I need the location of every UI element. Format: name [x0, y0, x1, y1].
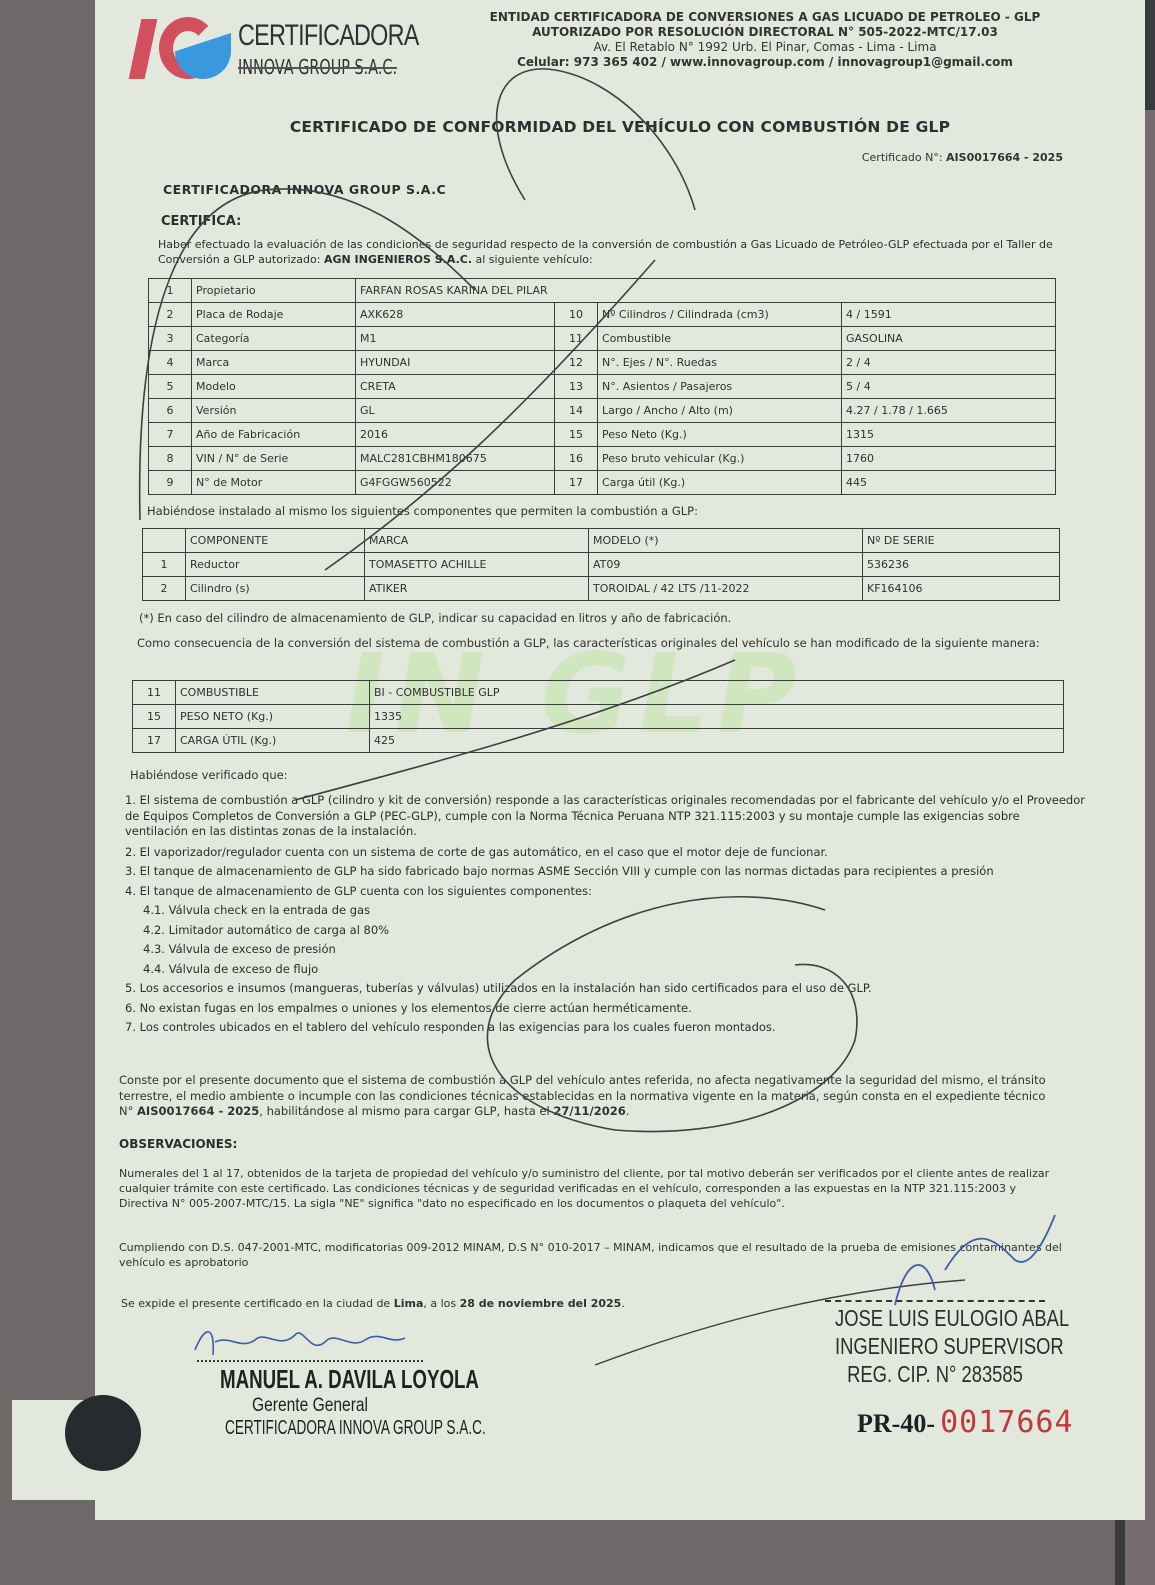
modified-table: 11COMBUSTIBLEBI - COMBUSTIBLE GLP15PESO … — [132, 680, 1064, 753]
field-value: CRETA — [356, 375, 555, 399]
cell-label: CARGA ÚTIL (Kg.) — [176, 729, 370, 753]
cell-n: 11 — [133, 681, 176, 705]
field-value: MALC281CBHM180675 — [356, 447, 555, 471]
field-label: Nº Cilindros / Cilindrada (cm3) — [598, 303, 842, 327]
entity-line: Av. El Retablo N° 1992 Urb. El Pinar, Co… — [465, 40, 1065, 55]
row-number: 10 — [555, 303, 598, 327]
conste-text-end: . — [626, 1104, 630, 1118]
row-number: 17 — [555, 471, 598, 495]
verified-item: 3. El tanque de almacenamiento de GLP ha… — [125, 862, 1085, 882]
issued-statement: Se expide el presente certificado en la … — [121, 1296, 625, 1312]
logo-name-line1: CERTIFICADORA — [238, 19, 419, 53]
field-value: 4.27 / 1.78 / 1.665 — [842, 399, 1056, 423]
verified-list: 1. El sistema de combustión a GLP (cilin… — [125, 793, 1085, 1038]
certifica-heading: CERTIFICA: — [161, 214, 241, 229]
serial-number: 0017664 — [940, 1405, 1073, 1440]
table-row: 15PESO NETO (Kg.)1335 — [133, 705, 1064, 729]
manager-name: MANUEL A. DAVILA LOYOLA — [220, 1364, 400, 1395]
row-number: 4 — [149, 351, 192, 375]
table-row: 1 Propietario FARFAN ROSAS KARINA DEL PI… — [149, 279, 1056, 303]
row-number: 14 — [555, 399, 598, 423]
supervisor-reg: REG. CIP. N° 283585 — [835, 1360, 1035, 1388]
punch-hole — [65, 1395, 141, 1471]
supervisor-role: INGENIERO SUPERVISOR — [835, 1332, 1035, 1360]
signature-block-manager: MANUEL A. DAVILA LOYOLA Gerente General … — [185, 1320, 435, 1440]
verified-item: 4. El tanque de almacenamiento de GLP cu… — [125, 882, 1085, 902]
field-label: Versión — [192, 399, 356, 423]
cell-value: 425 — [370, 729, 1064, 753]
intro-paragraph: Haber efectuado la evaluación de las con… — [158, 237, 1058, 267]
supervisor-name: JOSE LUIS EULOGIO ABAL — [835, 1304, 1035, 1332]
row-number: 1 — [149, 279, 192, 303]
entity-line: Celular: 973 365 402 / www.innovagroup.c… — [465, 55, 1065, 70]
org-name: CERTIFICADORA INNOVA GROUP S.A.C — [163, 182, 446, 197]
cell-value: BI - COMBUSTIBLE GLP — [370, 681, 1064, 705]
modified-intro: Como consecuencia de la conversión del s… — [137, 636, 1057, 652]
signature-block-supervisor: JOSE LUIS EULOGIO ABAL INGENIERO SUPERVI… — [810, 1300, 1060, 1388]
conste-text-middle: , habilitándose al mismo para cargar GLP… — [259, 1104, 553, 1118]
certificate-document: IN GLP CERTIFICADORA INNOVA GROUP S.A.C.… — [95, 0, 1145, 1520]
row-number: 13 — [555, 375, 598, 399]
tank-component: 4.3. Válvula de exceso de presión — [125, 940, 1085, 960]
issued-text-middle: , a los — [423, 1297, 459, 1310]
issued-text-end: . — [621, 1297, 625, 1310]
field-value: 4 / 1591 — [842, 303, 1056, 327]
issued-city: Lima — [394, 1297, 424, 1310]
field-label: Año de Fabricación — [192, 423, 356, 447]
tank-component: 4.4. Válvula de exceso de flujo — [125, 960, 1085, 980]
cell-n: 2 — [143, 577, 186, 601]
table-row: 3CategoríaM111CombustibleGASOLINA — [149, 327, 1056, 351]
row-number: 11 — [555, 327, 598, 351]
cell-n: 17 — [133, 729, 176, 753]
components-note: (*) En caso del cilindro de almacenamien… — [139, 611, 731, 627]
field-label: Carga útil (Kg.) — [598, 471, 842, 495]
signature-line — [825, 1300, 1045, 1302]
table-row: 1ReductorTOMASETTO ACHILLEAT09536236 — [143, 553, 1060, 577]
handwritten-signature — [185, 1320, 435, 1360]
row-number: 3 — [149, 327, 192, 351]
row-number: 8 — [149, 447, 192, 471]
ink-strokes-overlay — [95, 0, 1145, 1520]
row-number: 5 — [149, 375, 192, 399]
field-label: Peso bruto vehicular (Kg.) — [598, 447, 842, 471]
entity-info: ENTIDAD CERTIFICADORA DE CONVERSIONES A … — [465, 10, 1065, 70]
intro-text: Haber efectuado la evaluación de las con… — [158, 238, 1053, 266]
components-intro: Habiéndose instalado al mismo los siguie… — [147, 504, 698, 520]
field-value: 1315 — [842, 423, 1056, 447]
row-number: 15 — [555, 423, 598, 447]
cell-componente: Cilindro (s) — [186, 577, 365, 601]
signature-line — [197, 1360, 423, 1362]
field-value: 2 / 4 — [842, 351, 1056, 375]
logo-i-mark — [129, 19, 158, 79]
cell-value: 1335 — [370, 705, 1064, 729]
field-label: Categoría — [192, 327, 356, 351]
column-header — [143, 529, 186, 553]
observaciones-paragraph: Numerales del 1 al 17, obtenidos de la t… — [119, 1166, 1064, 1211]
row-number: 7 — [149, 423, 192, 447]
logo-name-line2: INNOVA GROUP S.A.C. — [238, 55, 397, 79]
tank-component: 4.2. Limitador automático de carga al 80… — [125, 921, 1085, 941]
column-header: MODELO (*) — [589, 529, 863, 553]
row-number: 6 — [149, 399, 192, 423]
expediente-number: AIS0017664 - 2025 — [137, 1104, 259, 1118]
vehicle-table: 1 Propietario FARFAN ROSAS KARINA DEL PI… — [148, 278, 1056, 495]
table-row: 17CARGA ÚTIL (Kg.)425 — [133, 729, 1064, 753]
row-number: 12 — [555, 351, 598, 375]
cell-serie: KF164106 — [863, 577, 1060, 601]
cell-label: COMBUSTIBLE — [176, 681, 370, 705]
cell-marca: TOMASETTO ACHILLE — [365, 553, 589, 577]
row-number: 16 — [555, 447, 598, 471]
table-header-row: COMPONENTE MARCA MODELO (*) Nº DE SERIE — [143, 529, 1060, 553]
workshop-name: AGN INGENIEROS S.A.C. — [324, 253, 472, 266]
field-label: Marca — [192, 351, 356, 375]
table-row: 5ModeloCRETA13N°. Asientos / Pasajeros5 … — [149, 375, 1056, 399]
table-row: 9N° de MotorG4FGGW56052217Carga útil (Kg… — [149, 471, 1056, 495]
verified-item: 2. El vaporizador/regulador cuenta con u… — [125, 843, 1085, 863]
tank-component: 4.1. Válvula check en la entrada de gas — [125, 901, 1085, 921]
entity-line: AUTORIZADO POR RESOLUCIÓN DIRECTORAL N° … — [465, 25, 1065, 40]
entity-line: ENTIDAD CERTIFICADORA DE CONVERSIONES A … — [465, 10, 1065, 25]
company-logo: CERTIFICADORA INNOVA GROUP S.A.C. — [135, 15, 395, 85]
field-value: 1760 — [842, 447, 1056, 471]
verified-intro: Habiéndose verificado que: — [130, 768, 288, 784]
serial-prefix: PR-40- — [857, 1409, 935, 1438]
cell-n: 1 — [143, 553, 186, 577]
field-label: Peso Neto (Kg.) — [598, 423, 842, 447]
table-row: 2Placa de RodajeAXK62810Nº Cilindros / C… — [149, 303, 1056, 327]
row-number: 2 — [149, 303, 192, 327]
conste-paragraph: Conste por el presente documento que el … — [119, 1073, 1059, 1120]
column-header: COMPONENTE — [186, 529, 365, 553]
certificate-number-value: AIS0017664 - 2025 — [946, 151, 1063, 164]
field-label: Placa de Rodaje — [192, 303, 356, 327]
field-value: 5 / 4 — [842, 375, 1056, 399]
field-label: Modelo — [192, 375, 356, 399]
field-label: N°. Asientos / Pasajeros — [598, 375, 842, 399]
cell-serie: 536236 — [863, 553, 1060, 577]
field-label: VIN / N° de Serie — [192, 447, 356, 471]
table-row: 7Año de Fabricación201615Peso Neto (Kg.)… — [149, 423, 1056, 447]
issued-text: Se expide el presente certificado en la … — [121, 1297, 394, 1310]
table-row: 8VIN / N° de SerieMALC281CBHM18067516Pes… — [149, 447, 1056, 471]
verified-item: 5. Los accesorios e insumos (mangueras, … — [125, 979, 1085, 999]
observaciones-heading: OBSERVACIONES: — [119, 1137, 237, 1151]
issued-date: 28 de noviembre del 2025 — [460, 1297, 622, 1310]
table-row: 2Cilindro (s)ATIKERTOROIDAL / 42 LTS /11… — [143, 577, 1060, 601]
field-value: M1 — [356, 327, 555, 351]
column-header: MARCA — [365, 529, 589, 553]
field-value: HYUNDAI — [356, 351, 555, 375]
valid-until-date: 27/11/2026 — [553, 1104, 625, 1118]
verified-item: 1. El sistema de combustión a GLP (cilin… — [125, 793, 1085, 840]
row-number: 9 — [149, 471, 192, 495]
field-value: GASOLINA — [842, 327, 1056, 351]
certificate-number-label: Certificado N°: — [862, 151, 943, 164]
field-value: GL — [356, 399, 555, 423]
cell-componente: Reductor — [186, 553, 365, 577]
cell-label: PESO NETO (Kg.) — [176, 705, 370, 729]
cell-modelo: TOROIDAL / 42 LTS /11-2022 — [589, 577, 863, 601]
cell-modelo: AT09 — [589, 553, 863, 577]
field-label: N° de Motor — [192, 471, 356, 495]
verified-item: 6. No existan fugas en los empalmes o un… — [125, 999, 1085, 1019]
cell-n: 15 — [133, 705, 176, 729]
intro-text-end: al siguiente vehículo: — [472, 253, 593, 266]
components-table: COMPONENTE MARCA MODELO (*) Nº DE SERIE … — [142, 528, 1060, 601]
field-label: Combustible — [598, 327, 842, 351]
field-value: AXK628 — [356, 303, 555, 327]
table-row: 4MarcaHYUNDAI12N°. Ejes / N°. Ruedas2 / … — [149, 351, 1056, 375]
form-serial: PR-40- 0017664 — [857, 1405, 1074, 1440]
field-value: 445 — [842, 471, 1056, 495]
document-title: CERTIFICADO DE CONFORMIDAD DEL VEHÍCULO … — [95, 118, 1145, 136]
field-label: N°. Ejes / N°. Ruedas — [598, 351, 842, 375]
field-value: G4FGGW560522 — [356, 471, 555, 495]
manager-company: CERTIFICADORA INNOVA GROUP S.A.C. — [225, 1417, 395, 1440]
table-row: 11COMBUSTIBLEBI - COMBUSTIBLE GLP — [133, 681, 1064, 705]
field-label: Largo / Ancho / Alto (m) — [598, 399, 842, 423]
field-label: Propietario — [192, 279, 356, 303]
verified-item: 7. Los controles ubicados en el tablero … — [125, 1018, 1085, 1038]
emissions-statement: Cumpliendo con D.S. 047-2001-MTC, modifi… — [119, 1240, 1064, 1270]
column-header: Nº DE SERIE — [863, 529, 1060, 553]
certificate-number: Certificado N°: AIS0017664 - 2025 — [862, 151, 1063, 164]
table-row: 6VersiónGL14Largo / Ancho / Alto (m)4.27… — [149, 399, 1056, 423]
manager-role: Gerente General — [208, 1395, 413, 1417]
cell-marca: ATIKER — [365, 577, 589, 601]
field-value: 2016 — [356, 423, 555, 447]
field-value: FARFAN ROSAS KARINA DEL PILAR — [356, 279, 1056, 303]
